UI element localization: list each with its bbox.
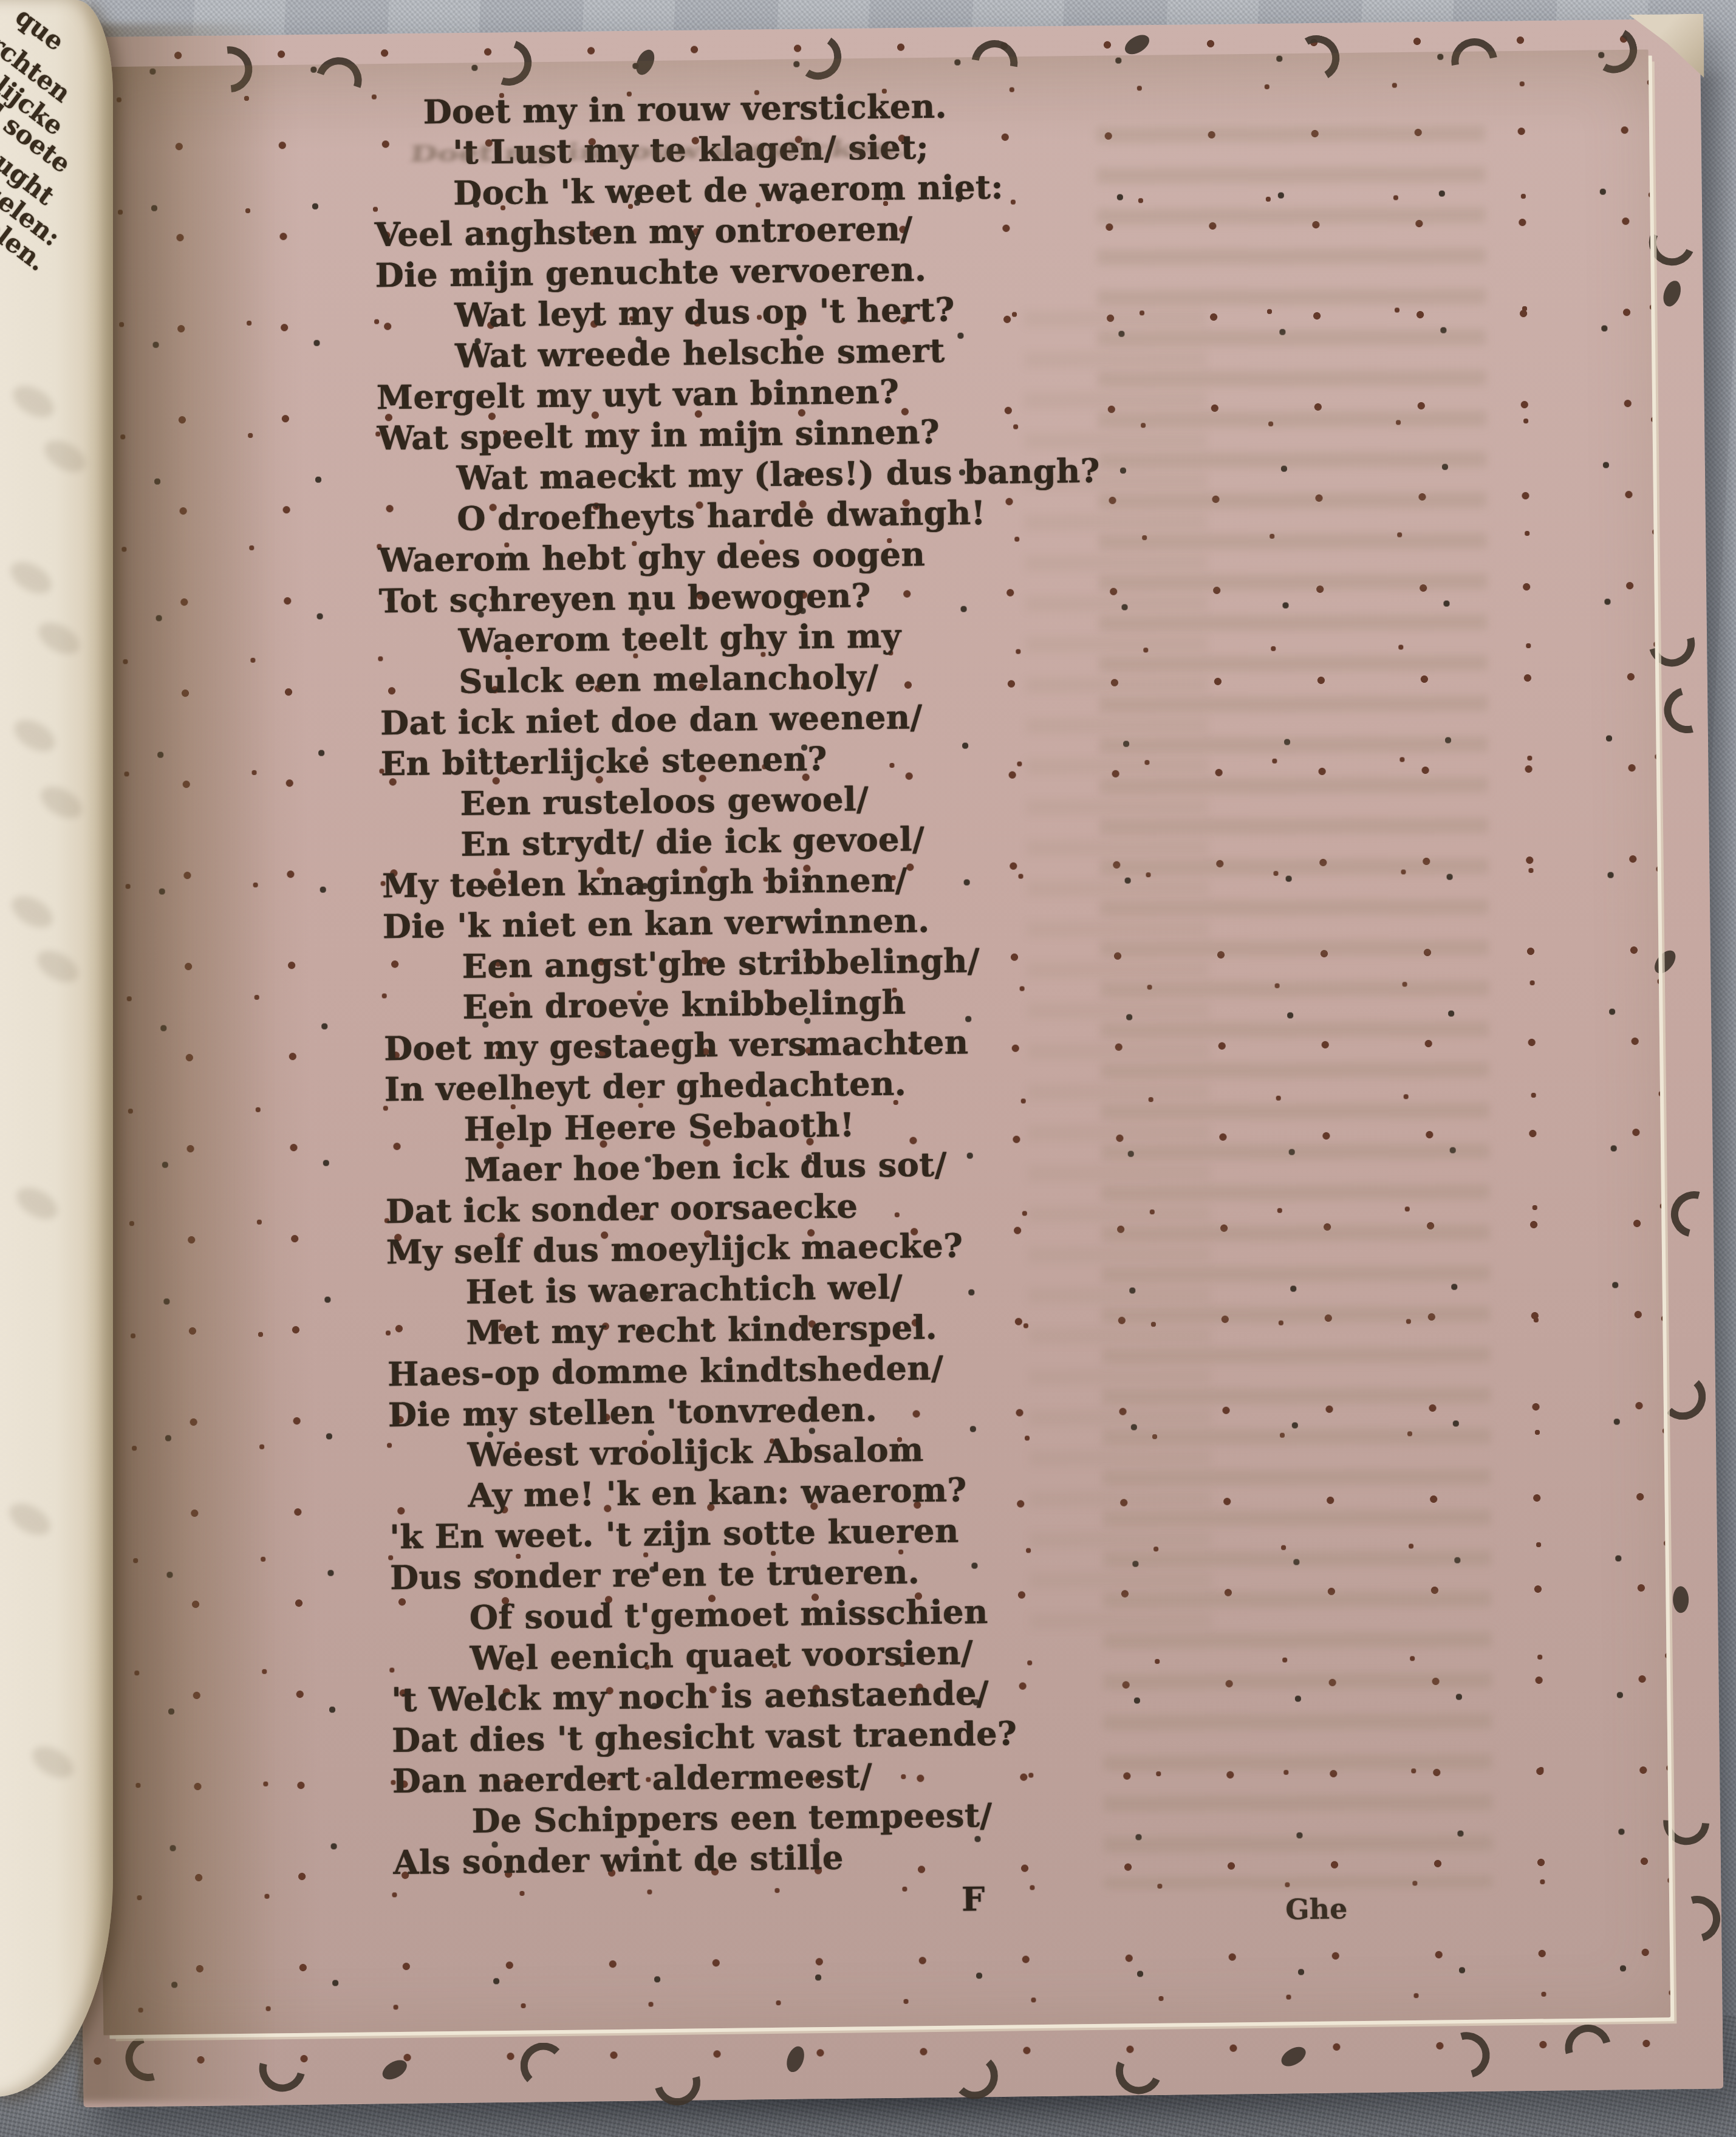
cover-pattern-mark	[1666, 1887, 1728, 1950]
cover-pattern-mark	[1660, 278, 1684, 309]
book-page: Doet my in rouw versticken.'t Lust my te…	[81, 49, 1671, 2035]
cover-pattern-mark	[1109, 2042, 1169, 2101]
cover-pattern-mark	[951, 2053, 998, 2099]
cover-pattern-mark	[520, 2042, 567, 2089]
bleed-blob	[27, 1740, 78, 1784]
bleed-blob	[4, 1497, 55, 1541]
bleed-blob	[9, 713, 60, 757]
ink-smudge: Doet my in rouw versticken.	[409, 135, 907, 167]
bleed-blob	[39, 434, 91, 478]
bleed-blob	[11, 1181, 63, 1225]
cover-pattern-mark	[784, 2044, 807, 2074]
cover-pattern-mark	[1435, 2024, 1498, 2087]
catchword: Ghe	[1285, 1892, 1348, 1926]
signature-mark: F	[962, 1879, 985, 1918]
cover-pattern-mark	[1121, 31, 1152, 58]
bleed-blob	[6, 889, 58, 934]
bleed-blob	[35, 780, 87, 824]
cover-pattern-mark	[1557, 2016, 1619, 2079]
bleed-blob	[5, 555, 56, 600]
cover-pattern-mark	[1642, 213, 1702, 272]
photo-scene: Doet my in rouw versticken.'t Lust my te…	[0, 0, 1736, 2137]
cover-pattern-mark	[1673, 1586, 1689, 1613]
bleed-blob	[32, 944, 83, 988]
cover-pattern	[60, 19, 1700, 38]
bleed-blob	[7, 379, 59, 423]
previous-page-edge: querchtenelijckel soeteeughtuelen:elen.	[0, 0, 113, 2097]
verse-lines: Doet my in rouw versticken.'t Lust my te…	[367, 81, 1456, 1884]
bleed-blob	[33, 616, 84, 660]
cover-pattern-mark	[1278, 2043, 1309, 2070]
cover-pattern-mark	[1659, 1373, 1706, 1420]
cover-pattern-mark	[379, 2056, 410, 2084]
